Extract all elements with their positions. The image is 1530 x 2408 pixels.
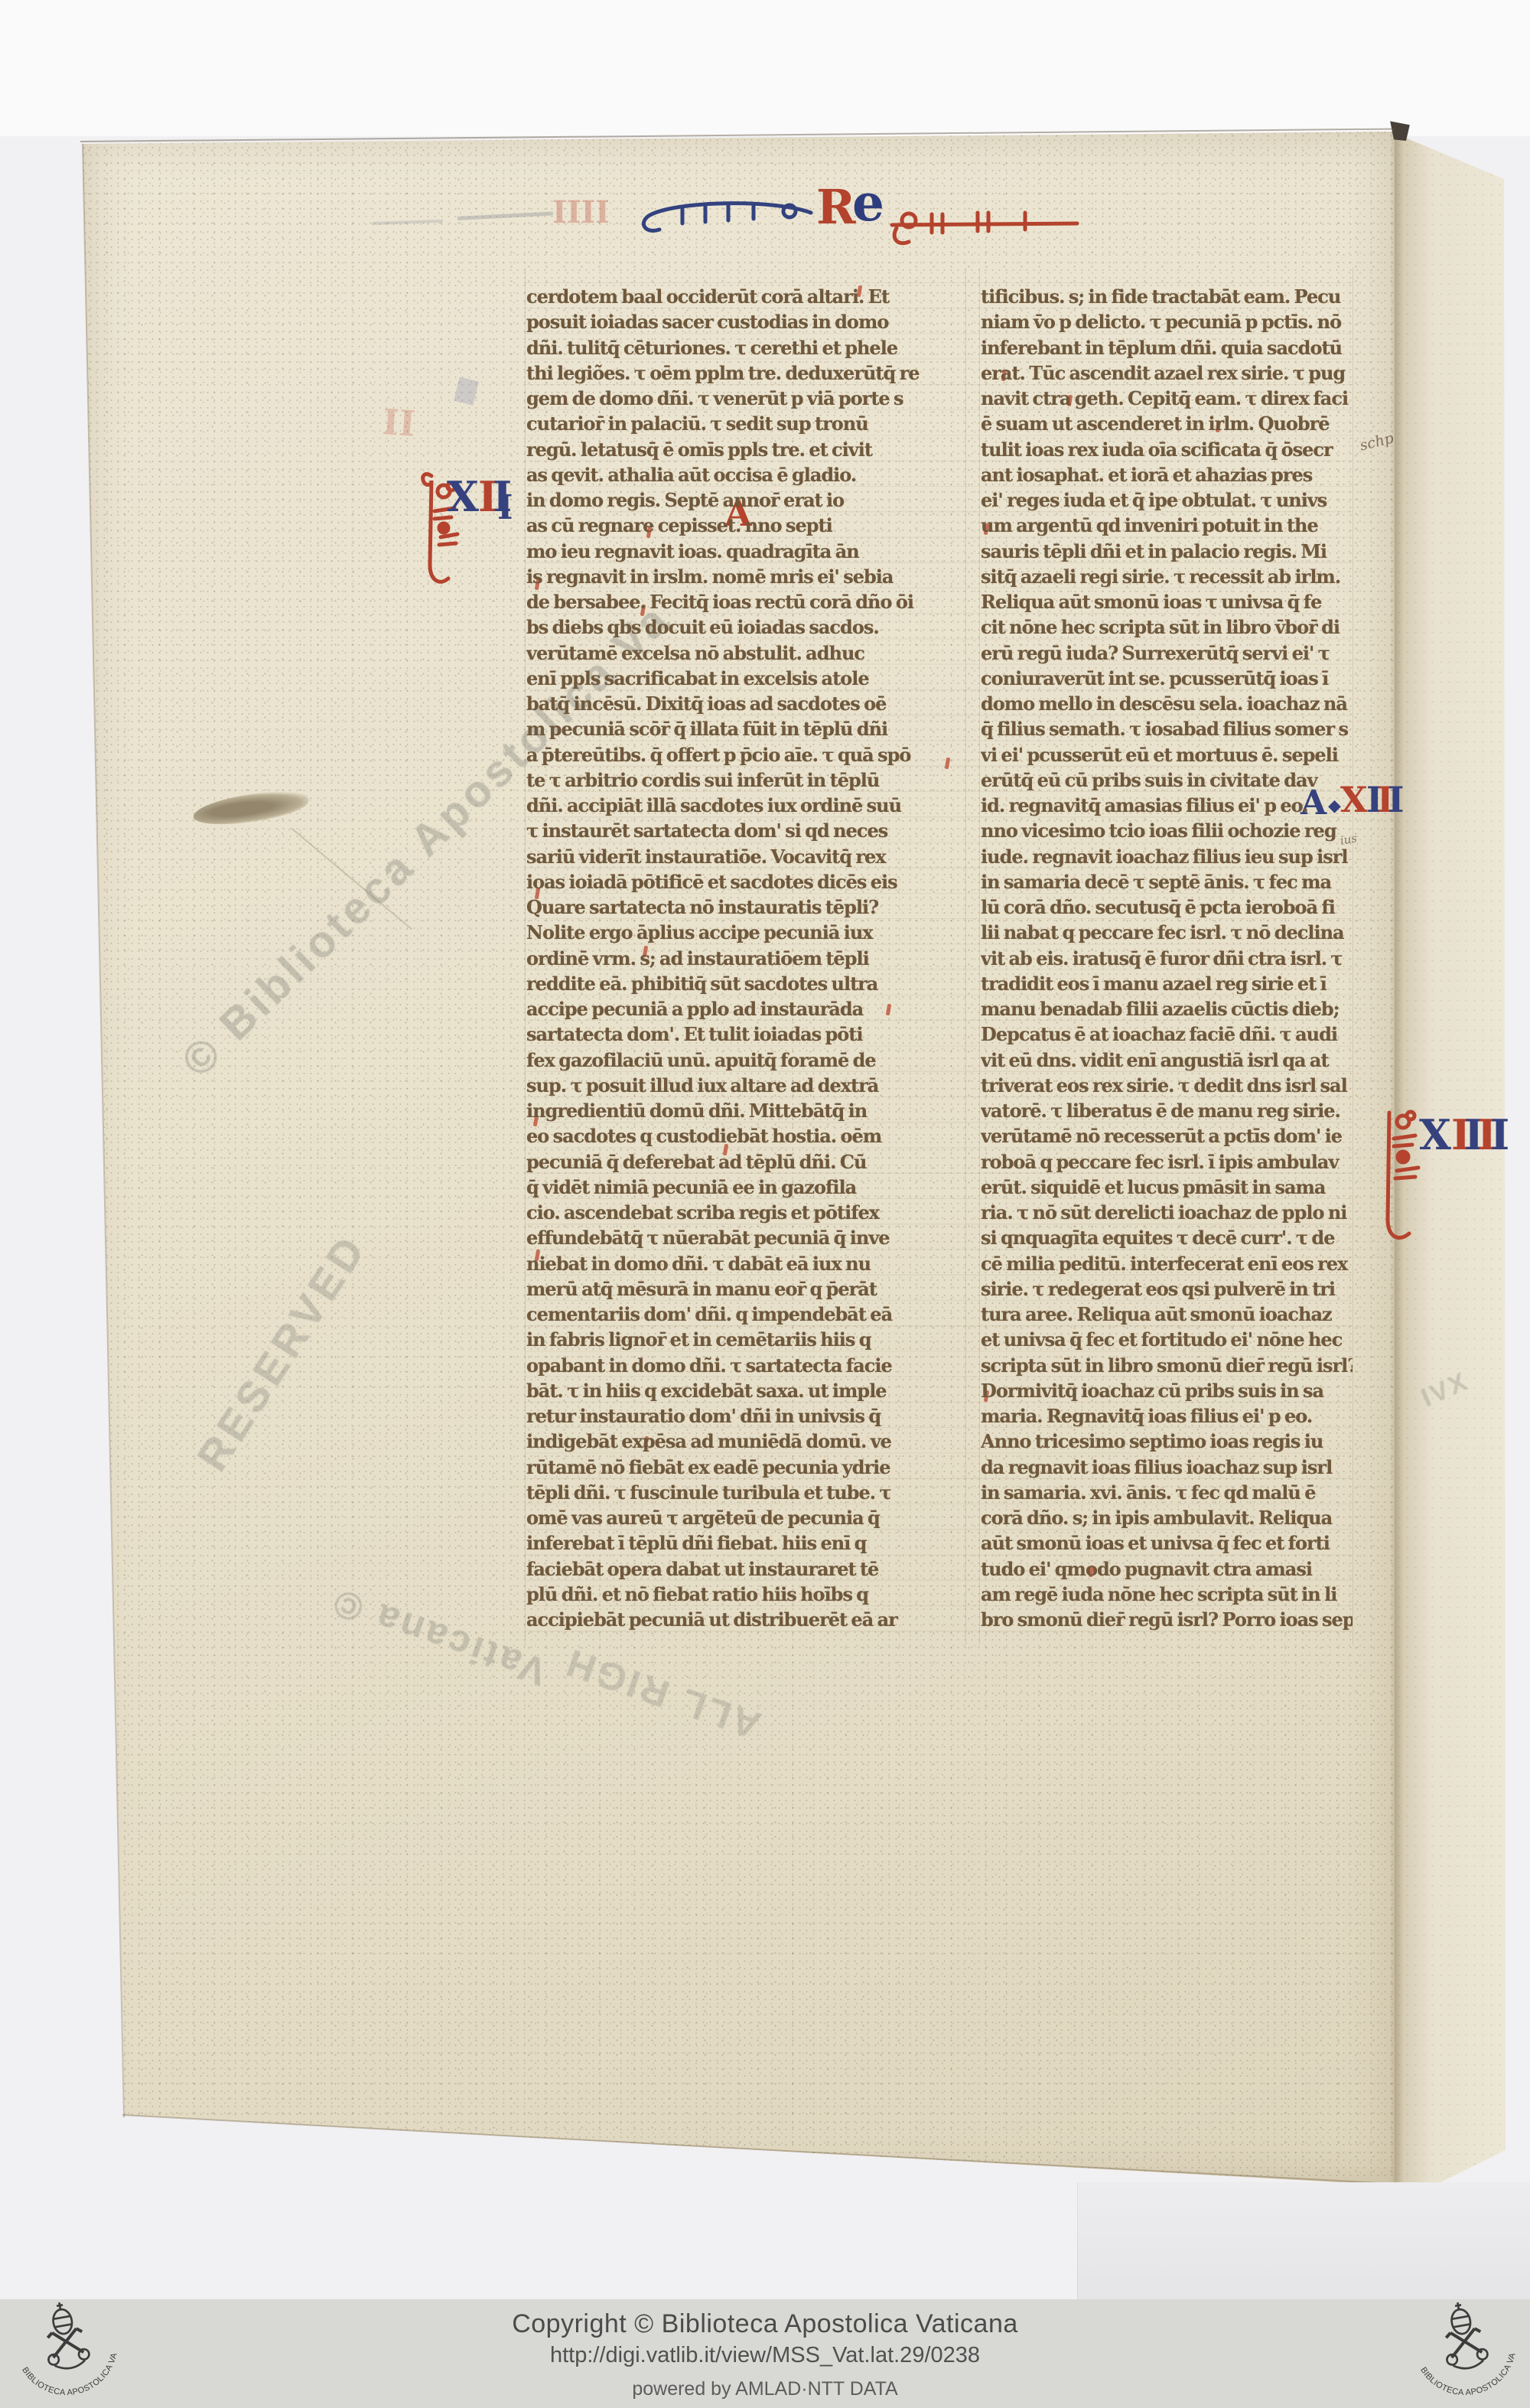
manuscript-text-line: sirie. τ redegerat eos qsi pulverē in tr… [981,1276,1353,1302]
text-column-2: tificibus. s; in fide tractabāt eam. Pec… [981,284,1353,1632]
manuscript-text-line: inferebant in tēplum dñi. quia sacdotū [981,335,1353,360]
manuscript-text-line: id. regnavitq̄ amasias filius ei' p eo. [981,793,1353,818]
manuscript-text-line: scripta sūt in libro smonū dier̄ regū is… [981,1353,1353,1378]
manuscript-text-line: indigebāt expēsa ad muniēdā domū. ve [526,1429,965,1454]
footer-copyright: Copyright © Biblioteca Apostolica Vatica… [0,2309,1530,2339]
manuscript-text-line: cē milia peditū. interfecerat enī eos re… [981,1251,1353,1276]
manuscript-text-line: Reliqua aūt smonū ioas τ univsa q̄ fe [981,589,1353,614]
manuscript-text-line: sartatecta dom'. Et tulit ioiadas pōti [526,1022,965,1047]
manuscript-text-line: cio. ascendebat scriba regis et pōtifex [526,1200,965,1225]
manuscript-text-line: bs diebs qbs docuit eū ioiadas sacdos. [526,614,965,640]
manuscript-text-line: sariū viderīt instauratiōe. Vocavitq̄ re… [526,844,965,869]
vatican-library-logo-right: BIBLIOTECA APOSTOLICA VATICANA [1401,2292,1530,2408]
manuscript-text-line: reddite eā. phibitiq̄ sūt sacdotes ultra [526,971,965,996]
manuscript-text-line: nno vicesimo tcio ioas filii ochozie reg [981,818,1353,843]
manuscript-text-line: faciebāt opera dabat ut instauraret tē [526,1556,965,1582]
manuscript-text-line: plū dñi. et nō fiebat ratio hiis hoībs q [526,1582,965,1607]
manuscript-text-line: cementariis dom' dñi. q impendebāt eā [526,1302,965,1327]
manuscript-text-line: tulit ioas rex iuda oīa scificata q̄ ōse… [981,437,1353,462]
manuscript-text-line: tradidit eos ī manu azael reg sirie et ī [981,971,1353,996]
manuscript-text-line: eo sacdotes q custodiebāt hostia. oēm [526,1123,965,1149]
header-flourish-blue-icon [629,193,816,240]
manuscript-text-line: erat. Tūc ascendit azael rex sirie. τ pu… [981,360,1353,386]
manuscript-text-line: coniuraverūt int se. pcusserūtq̄ ioas ī [981,666,1353,691]
manuscript-text-line: triverat eos rex sirie. τ dedit dns isrl… [981,1073,1353,1098]
manuscript-text-line: Dormivitq̄ ioachaz cū pribs suis in sa [981,1378,1353,1403]
manuscript-text-line: vit eū dns. vidit enī angustiā isrl qa a… [981,1048,1353,1073]
ruling-vertical-line [965,268,966,1645]
manuscript-text-line: ant iosaphat. et iorā et ahazias pres [981,462,1353,487]
manuscript-text-line: τ instaurēt sartatecta dom' si qd neces [526,818,965,843]
manuscript-text-line: sitq̄ azaeli regi sirie. τ recessit ab i… [981,564,1353,589]
manuscript-text-line: opabant in domo dñi. τ sartatecta facie [526,1353,965,1378]
manuscript-text-line: as qevit. athalia aūt occisa ē gladio. [526,462,965,487]
manuscript-text-line: q̄ filius semath. τ iosabad filius somer… [981,716,1353,741]
manuscript-text-line: cerdotem baal occiderūt corā altari. Et [526,284,965,309]
manuscript-text-line: ioas ioiadā pōtificē et sacdotes dicēs e… [526,869,965,894]
vatican-library-logo-left: BIBLIOTECA APOSTOLICA VATICANA [3,2292,134,2408]
manuscript-text-line: fex gazofilaciū unū. apuitq̄ foramē de [526,1048,965,1073]
manuscript-text-line: verūtamē nō recesserūt a pctīs dom' ie [981,1123,1353,1149]
ghost-mark: II [381,404,416,442]
manuscript-text-line: retur instauratio dom' dñi in univsis q̄ [526,1403,965,1429]
chapter-initial: I [497,491,513,525]
manuscript-text-line: Nolite ergo āplius accipe pecuniā iux [526,920,965,945]
header-mark: IIII [552,197,610,228]
manuscript-text-line: pecuniā q̄ deferebat ad tēplū dñi. Cū [526,1149,965,1175]
manuscript-text-line: erūt. siquidē et lucus pmāsit in sama [981,1175,1353,1200]
manuscript-text-line: si qnquagīta equites τ decē curr'. τ de [981,1225,1353,1250]
manuscript-text-line: vit ab eis. iratusq̄ ē furor dñi ctra is… [981,946,1353,971]
manuscript-text-line: inferebat ī tēplū dñi fiebat. hiis enī q [526,1530,965,1556]
manuscript-text-line: et univsa q̄ fec et fortitudo ei' nōne h… [981,1327,1353,1352]
manuscript-text-line: mo ieu regnavit ioas. quadragīta ān [526,539,965,564]
manuscript-text-line: vatorē. τ liberatus ē de manu reg sirie. [981,1098,1353,1123]
manuscript-text-line: tēpli dñi. τ fuscinule turibula et tube.… [526,1480,965,1505]
text-column-1: cerdotem baal occiderūt corā altari. Etp… [526,284,965,1632]
manuscript-text-line: ordinē vrm. s; ad instauratiōem tēpli [526,946,965,971]
manuscript-text-line: corā dño. s; in ipis ambulavit. Reliqua [981,1505,1353,1530]
manuscript-text-line: thi legiões. τ oēm pplm tre. deduxerūtq̄… [526,360,965,386]
manuscript-text-line: cit nōne hec scripta sūt in libro v̄bor̄… [981,614,1353,640]
manuscript-text-line: batq̄ incēsū. Dixitq̄ ioas ad sacdotes o… [526,691,965,716]
manuscript-text-line: merū atq̄ mēsurā in manu eor̄ q p̄erāt [526,1276,965,1302]
manuscript-text-line: sup. τ posuit illud iux altare ad dextrā [526,1073,965,1098]
manuscript-text-line: navit ctra geth. Cepitq̄ eam. τ direx fa… [981,386,1353,411]
manuscript-text-line: domo mello in descēsu sela. ioachaz nā [981,691,1353,716]
manuscript-text-line: vi ei' pcusserūt eū et mortuus ē. sepeli [981,742,1353,767]
book-fore-edge-shadow [1077,2182,1530,2301]
manuscript-text-line: tudo ei' qmodo pugnavit ctra amasi [981,1556,1353,1582]
manuscript-text-line: da regnavit ioas filius ioachaz sup isrl [981,1455,1353,1480]
header-flourish-red-icon [886,194,1085,249]
ruling-vertical-line [979,268,980,1645]
chapter-numeral-letter: I [1388,782,1405,817]
manuscript-text-line: dñi. tulitq̄ cēturiones. τ cerethi et ph… [526,335,965,360]
manuscript-text-line: Depcatus ē at ioachaz faciē dñi. τ audi [981,1022,1353,1047]
manuscript-text-line: niam v̄o p delicto. τ pecuniā p pctīs. n… [981,309,1353,334]
manuscript-text-line: gem de domo dñi. τ venerūt p viā porte s [526,386,965,411]
manuscript-text-line: in fabris lignor̄ et in cemētariis hiis … [526,1327,965,1352]
manuscript-text-line: in samaria decē τ septē ānis. τ fec ma [981,869,1353,894]
manuscript-text-line: is regnavit in irslm. nomē mris ei' sebi… [526,564,965,589]
manuscript-text-line: rūtamē nō fiebāt ex eadē pecunia ydrie [526,1455,965,1480]
manuscript-text-line: cutarior̄ in palaciū. τ sedit sup tronū [526,411,965,436]
paraph-flourish-icon [1379,1105,1424,1254]
manuscript-text-line: manu benadab filii azaelis cūctis dieb; [981,996,1353,1022]
photo-background-top [0,0,1530,136]
manuscript-text-line: a p̄tereūtibs. q̄ offert p p̄cio aīe. τ … [526,742,965,767]
manuscript-text-line: accipe pecuniā a pplo ad instaurāda [526,996,965,1022]
manuscript-text-line: de bersabee. Fecitq̄ ioas rectū corā dño… [526,589,965,614]
manuscript-text-line: q̄ vidēt nimiā pecuniā ee in gazofila [526,1175,965,1200]
header-mark: e [852,178,884,228]
manuscript-text-line: maria. Regnavitq̄ ioas filius ei' p eo. [981,1403,1353,1429]
ruling-vertical-line [525,268,526,1645]
manuscript-text-line: te τ arbitrio cordis sui inferūt in tēpl… [526,767,965,793]
manuscript-text-line: verūtamē excelsa nō abstulit. adhuc [526,640,965,666]
chapter-numeral-letter: X [447,476,479,517]
manuscript-text-line: iude. regnavit ioachaz filius ieu sup is… [981,844,1353,869]
manuscript-text-line: lii nabat q peccare fec isrl. τ nō decli… [981,920,1353,945]
manuscript-text-line: bro smonū dier̄ regū isrl? Porro ioas se… [981,1607,1353,1632]
chapter-numeral-letter: I [1490,1114,1509,1155]
manuscript-text-line: aūt smonū ioas et univsa q̄ fec et forti [981,1530,1353,1556]
manuscript-text-line: sauris tēpli dñi et in palacio regis. Mi [981,539,1353,564]
manuscript-text-line: as cū regnare cepisset. nno septi [526,513,965,538]
manuscript-text-line: in samaria. xvi. ānis. τ fec qd malū ē [981,1480,1353,1505]
manuscript-text-line: ria. τ nō sūt derelicti ioachaz de pplo … [981,1200,1353,1225]
manuscript-text-line: omē vas aureū τ argēteū de pecunia q̄ [526,1505,965,1530]
header-mark: R [816,184,856,231]
manuscript-text-line: accipiebāt pecuniā ut distribuerēt eā ar [526,1607,965,1632]
manuscript-text-line: regū. letatusq̄ ē omīs ppls tre. et civi… [526,437,965,462]
chapter-numeral-letter: X [1419,1114,1451,1155]
ruling-vertical-line [1353,268,1353,1645]
manuscript-text-line: dñi. accipiāt illā sacdotes iux ordinē s… [526,793,965,818]
manuscript-text-line: m pecuniā scōr̄ q̄ illata fūit in tēplū … [526,716,965,741]
manuscript-text-line: lū corā dño. secutusq̄ ē pcta ieroboā fi [981,894,1353,920]
manuscript-text-line: ingredientiū domū dñi. Mittebātq̄ in [526,1098,965,1123]
digitized-manuscript-photo: © Biblioteca Apostolica VaRESERVEDVatica… [0,0,1530,2408]
manuscript-text-line: am regē iuda nōne hec scripta sūt in li [981,1582,1353,1607]
manuscript-text-line: ē suam ut ascenderet in irlm. Quobrē [981,411,1353,436]
manuscript-text-line: bāt. τ in hiis q excidebāt saxa. ut impl… [526,1378,965,1403]
manuscript-text-line: erū regū iuda? Surrexerūtq̄ servi ei' τ [981,640,1353,666]
manuscript-text-line: enī ppls sacrificabat in excelsis atole [526,666,965,691]
manuscript-text-line: um argentū qd inveniri potuit in the [981,513,1353,538]
manuscript-text-line: roboā q peccare fec isrl. ī ipis ambulav [981,1149,1353,1175]
manuscript-text-line: tura aree. Reliqua aūt smonū ioachaz [981,1302,1353,1327]
footer-url: http://digi.vatlib.it/view/MSS_Vat.lat.2… [0,2343,1530,2368]
manuscript-text-line: Anno tricesimo septimo ioas regis iu [981,1429,1353,1454]
manuscript-text-line: in domo regis. Septē annor̄ erat io [526,487,965,513]
manuscript-text-line: niebat in domo dñi. τ dabāt eā iux nu [526,1251,965,1276]
manuscript-text-line: posuit ioiadas sacer custodias in domo [526,309,965,334]
manuscript-text-line: ei' reges iuda et q̄ ipe obtulat. τ univ… [981,487,1353,513]
footer-powered-by: powered by AMLAD·NTT DATA [0,2378,1530,2400]
manuscript-text-line: erūtq̄ eū cū pribs suis in civitate dav [981,767,1353,793]
manuscript-text-line: Quare sartatecta nō instauratis tēpli? [526,894,965,920]
manuscript-text-line: tificibus. s; in fide tractabāt eam. Pec… [981,284,1353,309]
manuscript-text-line: effundebātq̄ τ nūerabāt pecuniā q̄ inve [526,1225,965,1250]
